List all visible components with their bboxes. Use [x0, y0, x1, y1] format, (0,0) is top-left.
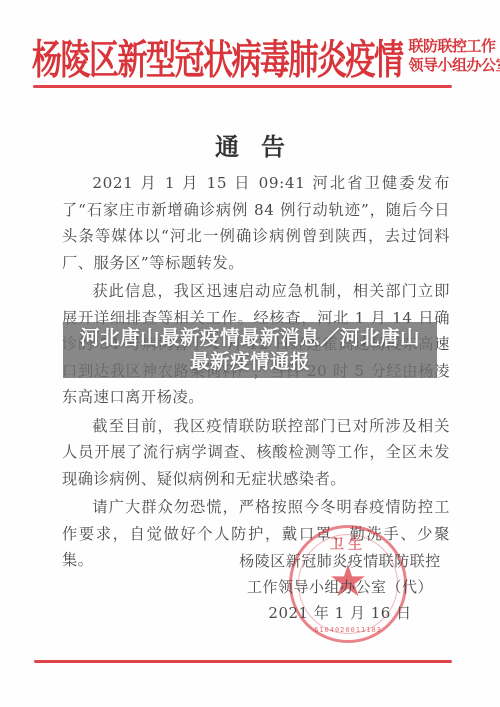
signature-line1: 杨陵区新冠肺炎疫情联防联控	[230, 548, 450, 574]
letterhead-side-line2: 领导小组办公室	[409, 56, 500, 75]
letterhead-side-title: 联防联控工作 领导小组办公室	[409, 37, 500, 75]
bottom-red-rule	[34, 660, 452, 663]
caption-text: 河北唐山最新疫情最新消息／河北唐山最新疫情通报	[63, 326, 437, 374]
signature-line2: 工作领导小组办公室（代）	[230, 574, 450, 600]
signature-date: 2021 年 1 月 16 日	[230, 600, 450, 626]
letterhead-main-title: 杨陵区新型冠状病毒肺炎疫情	[32, 26, 403, 85]
paragraph-3: 截至目前，我区疫情联防联控部门已对所涉及相关人员开展了流行病学调查、核酸检测等工…	[62, 413, 450, 493]
letterhead-side-line1: 联防联控工作	[409, 37, 500, 56]
paragraph-1: 2021 月 1 月 15 日 09:41 河北省卫健委发布了“石家庄市新增确诊…	[62, 170, 450, 276]
top-red-rule	[33, 85, 452, 88]
letterhead: 杨陵区新型冠状病毒肺炎疫情 联防联控工作 领导小组办公室	[32, 30, 462, 82]
document-page: 杨陵区新型冠状病毒肺炎疫情 联防联控工作 领导小组办公室 通告 2021 月 1…	[0, 0, 500, 707]
caption-overlay: 河北唐山最新疫情最新消息／河北唐山最新疫情通报	[63, 322, 437, 378]
seal-code: 6104020011183	[292, 626, 404, 634]
document-title: 通告	[0, 127, 500, 162]
signature-block: 杨陵区新冠肺炎疫情联防联控 工作领导小组办公室（代） 2021 年 1 月 16…	[230, 548, 450, 626]
